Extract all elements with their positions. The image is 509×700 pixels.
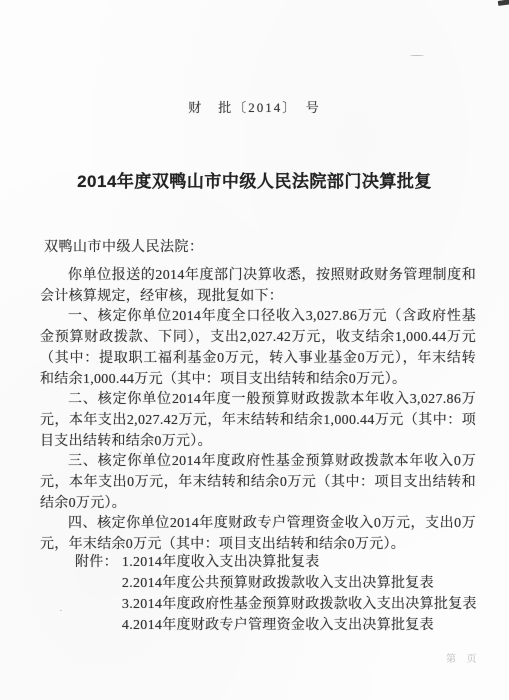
item-2-paragraph: 二、核定你单位2014年度一般预算财政拨款本年收入3,027.86万元，本年支出… [40, 390, 476, 452]
scan-artifact [140, 452, 142, 454]
salutation: 双鸭山市中级人民法院： [44, 236, 204, 256]
attachment-item: 2.2014年度公共预算财政拨款收入支出决算批复表 [122, 573, 477, 594]
intro-paragraph: 你单位报送的2014年度部门决算收悉，按照财政财务管理制度和会计核算规定，经审核… [40, 266, 476, 307]
scan-artifact [60, 610, 62, 611]
item-3-paragraph: 三、核定你单位2014年度政府性基金预算财政拨款本年收入0万元，本年支出0万元，… [40, 452, 476, 514]
attachment-item: 4.2014年度财政专户管理资金收入支出决算批复表 [122, 615, 477, 636]
attachments-list: 1.2014年度收入支出决算批复表 2.2014年度公共预算财政拨款收入支出决算… [122, 552, 477, 636]
document-body: 你单位报送的2014年度部门决算收悉，按照财政财务管理制度和会计核算规定，经审核… [40, 266, 476, 556]
attachments-label: 附件： [75, 552, 118, 573]
item-4-paragraph: 四、核定你单位2014年度财政专户管理资金收入0万元，支出0万元，年末结余0万元… [40, 514, 476, 555]
document-page: 财 批〔2014〕 号 2014年度双鸭山市中级人民法院部门决算批复 双鸭山市中… [0, 0, 509, 700]
scan-artifact [410, 55, 424, 56]
scan-artifact-corner [498, 0, 509, 6]
attachments-block: 附件： 1.2014年度收入支出决算批复表 2.2014年度公共预算财政拨款收入… [75, 552, 477, 636]
doc-number: 财 批〔2014〕 号 [0, 97, 509, 116]
page-number: 第 页 [446, 650, 481, 665]
document-title: 2014年度双鸭山市中级人民法院部门决算批复 [0, 167, 509, 192]
attachment-item: 3.2014年度政府性基金预算财政拨款收入支出决算批复表 [122, 594, 477, 615]
item-1-paragraph: 一、核定你单位2014年度全口径收入3,027.86万元（含政府性基金预算财政拨… [40, 307, 476, 390]
attachment-item: 1.2014年度收入支出决算批复表 [122, 552, 477, 573]
